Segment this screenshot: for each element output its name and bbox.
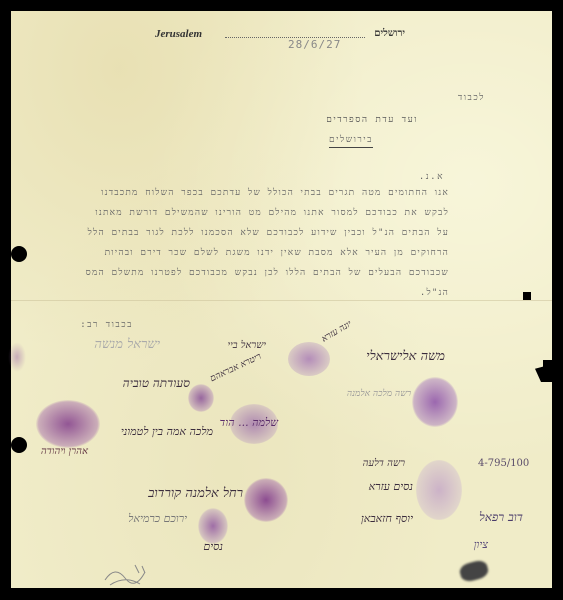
signature: נסים עזרא (369, 480, 413, 493)
signature: ירוכם כרמיאל (128, 512, 187, 525)
signature: רשה מלכה אלמנה (347, 388, 411, 399)
fingerprint (412, 377, 458, 427)
signature: רחל אלמנה קורדוב (148, 485, 243, 501)
addressee-committee: ועד עדת הספרדים (326, 114, 418, 125)
signature: רשה דלעה (363, 458, 405, 469)
signature: משה אלישראלי (366, 348, 445, 364)
fingerprint (288, 342, 330, 376)
fingerprint (36, 400, 100, 448)
letterhead: Jerusalem ירושלים (145, 28, 405, 44)
letterhead-city-he: ירושלים (374, 28, 405, 39)
letter-body: אנו החתומים מטה תגרים בבתי הכולל של עדתכ… (49, 183, 449, 303)
letterhead-city-en: Jerusalem (155, 28, 202, 40)
fingerprint (198, 508, 228, 544)
signature: סעודתה טוביה (123, 376, 190, 391)
edge-tear (523, 292, 531, 300)
punch-hole-top (11, 246, 27, 262)
signature: דוב רפאל (479, 510, 523, 525)
addressee-honorific: לכבוד (458, 92, 485, 103)
punch-hole-bottom (11, 437, 27, 453)
body-line: הנ"ל. (49, 283, 449, 303)
signature: ישראל ביי (227, 340, 266, 351)
body-line: אנו החתומים מטה תגרים בבתי הכולל של עדתכ… (49, 183, 449, 203)
fingerprint (416, 460, 462, 520)
signature: מלכה אמה בין לטמוני (121, 425, 213, 438)
signature: שלמה ... הוד (220, 416, 278, 429)
body-line: שכבודכם הבעלים של הבתים הללו לכן נבקש מכ… (49, 263, 449, 283)
signature: יוסף חזאבאן (361, 512, 413, 525)
fingerprint-partial (8, 342, 26, 372)
archive-number: 4-795/100 (478, 458, 529, 469)
signature: ישראל מנשה (94, 336, 160, 352)
body-line: לבקש את כבודכם למסור אתנו מהילם מט הורינ… (49, 203, 449, 223)
fingerprint (188, 384, 214, 412)
body-line: על הבתים הנ"ל וכבין שידוע לכבודכם שלא הס… (49, 223, 449, 243)
fingerprint (244, 478, 288, 522)
signature: ציון (474, 538, 488, 551)
letter-date: 28/6/27 (288, 38, 341, 51)
salutation: א.נ. (419, 171, 444, 182)
signature: אהרן ויהודה (41, 446, 88, 457)
addressee-city: בירושלים (329, 134, 373, 148)
closing: בכבוד רב: (80, 319, 133, 330)
body-line: הרחוקים מן העיר אלא מסבת שאין ידנו משגת … (49, 243, 449, 263)
signature: נסים (203, 540, 223, 553)
scribble-signature (100, 560, 160, 590)
